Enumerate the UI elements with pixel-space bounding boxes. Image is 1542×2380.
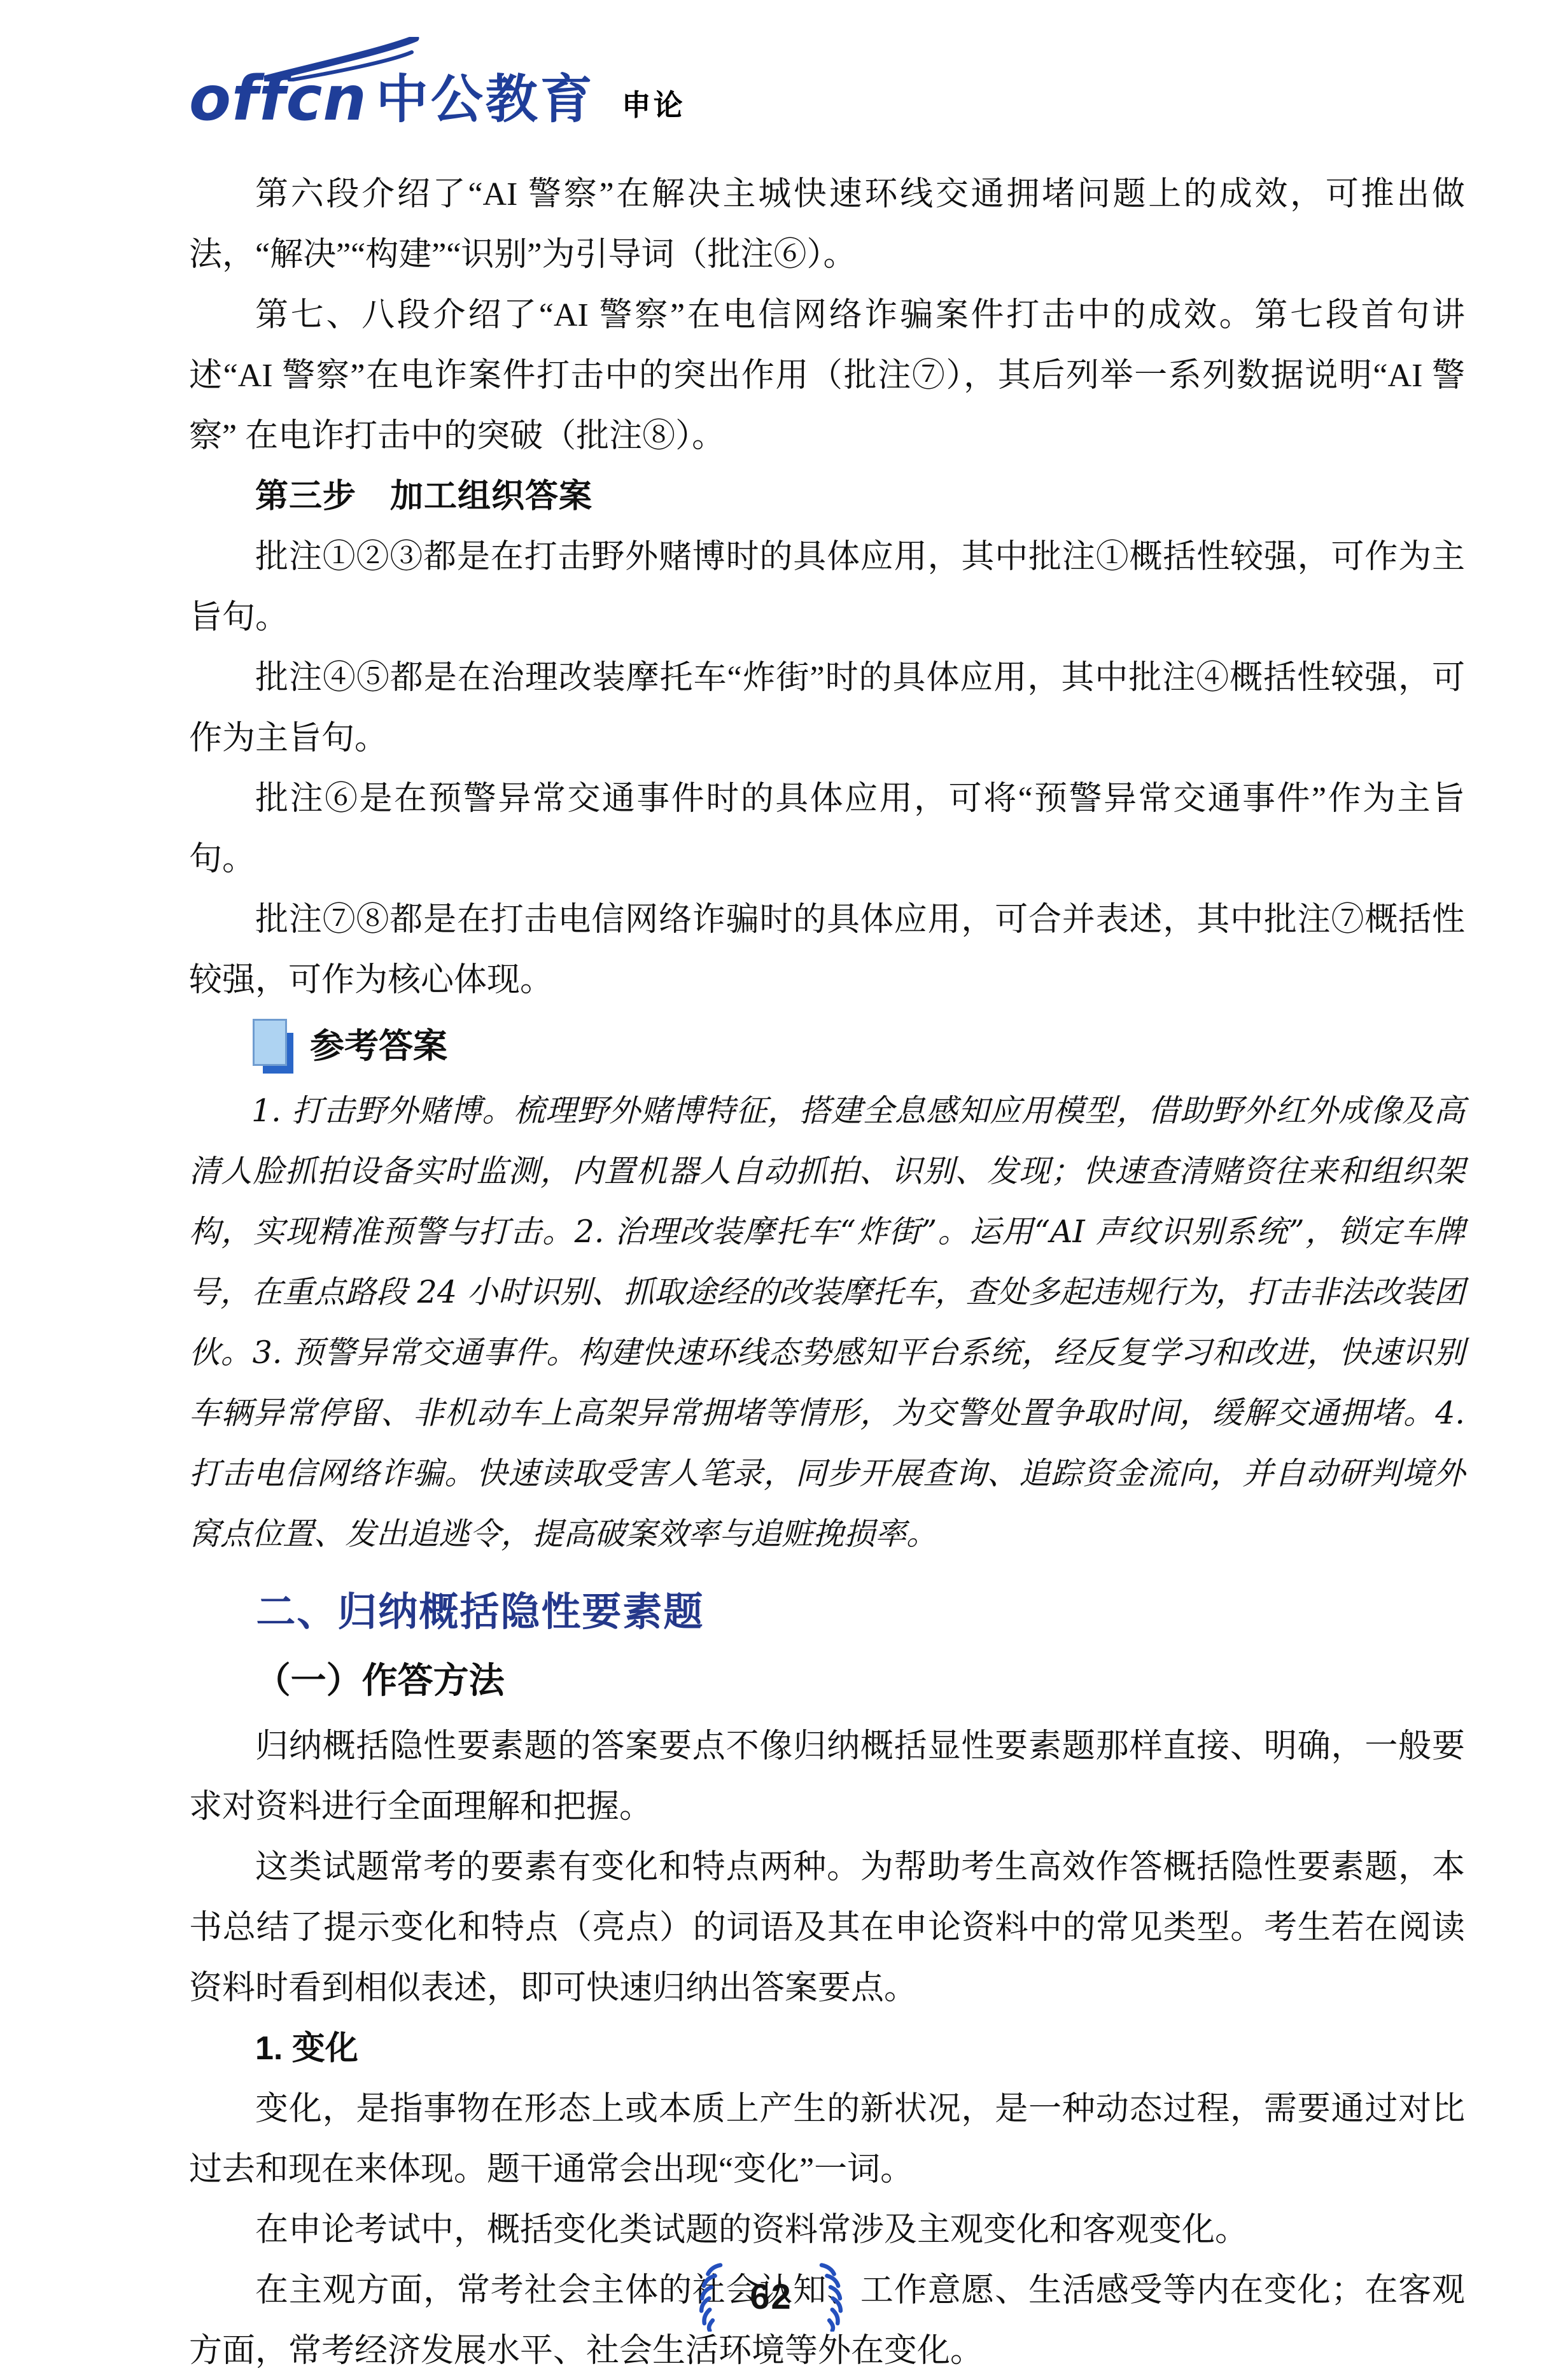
book-page: offcn 中公教育 申论 第六段介绍了“AI 警察”在解决主城快速环线交通拥堵… — [0, 0, 1542, 2380]
logo-latin-text: offcn — [189, 71, 367, 126]
paragraph: 归纳概括隐性要素题的答案要点不像归纳概括显性要素题那样直接、明确，一般要求对资料… — [189, 1716, 1465, 1837]
laurel-right-icon — [814, 2260, 847, 2332]
page-header: offcn 中公教育 申论 — [189, 71, 685, 126]
offcn-logo: offcn 中公教育 — [189, 71, 595, 126]
sub-heading: （一）作答方法 — [189, 1652, 1465, 1709]
answer-heading-label: 参考答案 — [310, 1018, 447, 1074]
text-column: 第六段介绍了“AI 警察”在解决主城快速环线交通拥堵问题上的成效，可推出做法，“… — [189, 164, 1465, 2380]
book-pages-icon — [251, 1019, 293, 1074]
section-heading: 二、归纳概括隐性要素题 — [189, 1586, 1465, 1639]
reference-answer: 1. 打击野外赌博。梳理野外赌博特征，搭建全息感知应用模型，借助野外红外成像及高… — [189, 1081, 1465, 1564]
paragraph: 第七、八段介绍了“AI 警察”在电信网络诈骗案件打击中的成效。第七段首句讲述“A… — [189, 285, 1465, 466]
paragraph: 在申论考试中，概括变化类试题的资料常涉及主观变化和客观变化。 — [189, 2200, 1465, 2260]
paragraph: 批注①②③都是在打击野外赌博时的具体应用，其中批注①概括性较强，可作为主旨句。 — [189, 527, 1465, 648]
answer-heading: 参考答案 — [189, 1018, 1465, 1074]
laurel-left-icon — [695, 2260, 728, 2332]
paragraph: 变化，是指事物在形态上或本质上产生的新状况，是一种动态过程，需要通过对比过去和现… — [189, 2079, 1465, 2200]
subject-label: 申论 — [622, 90, 685, 126]
paragraph: 批注⑦⑧都是在打击电信网络诈骗时的具体应用，可合并表述，其中批注⑦概括性较强，可… — [189, 890, 1465, 1011]
numbered-heading: 1. 变化 — [189, 2019, 1465, 2079]
paragraph: 这类试题常考的要素有变化和特点两种。为帮助考生高效作答概括隐性要素题，本书总结了… — [189, 1837, 1465, 2019]
page-number: 62 — [750, 2276, 792, 2317]
paragraph: 第六段介绍了“AI 警察”在解决主城快速环线交通拥堵问题上的成效，可推出做法，“… — [189, 164, 1465, 285]
step-heading: 第三步 加工组织答案 — [189, 466, 1465, 527]
logo-cjk-text: 中公教育 — [376, 74, 595, 126]
paragraph: 批注⑥是在预警异常交通事件时的具体应用，可将“预警异常交通事件”作为主旨句。 — [189, 769, 1465, 890]
page-footer: 62 — [0, 2260, 1542, 2332]
paragraph: 批注④⑤都是在治理改装摩托车“炸街”时的具体应用，其中批注④概括性较强，可作为主… — [189, 648, 1465, 769]
